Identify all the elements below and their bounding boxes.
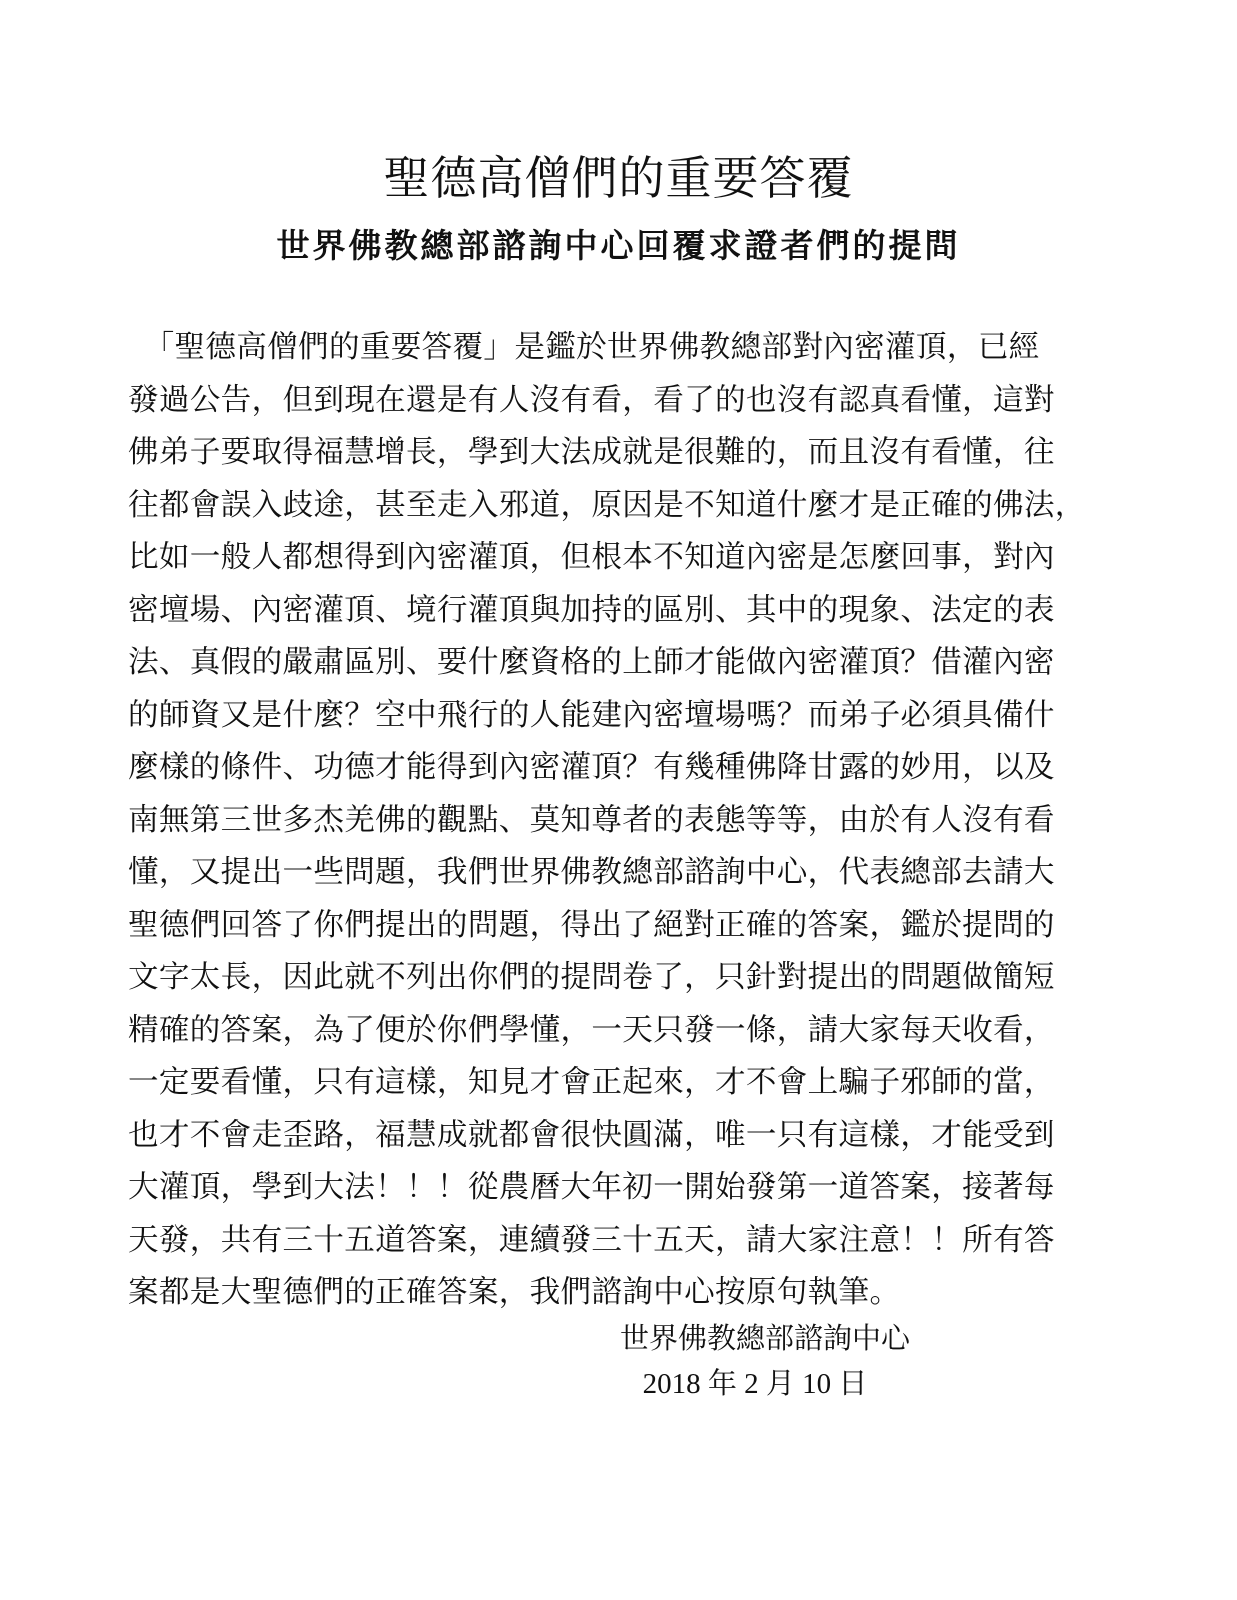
- body-line: 大灌頂，學到大法！！！從農曆大年初一開始發第一道答案，接著每: [128, 1162, 1088, 1215]
- body-line: 懂，又提出一些問題，我們世界佛教總部諮詢中心，代表總部去請大: [128, 847, 1088, 900]
- body-line: 一定要看懂，只有這樣，知見才會正起來，才不會上騙子邪師的當，: [128, 1057, 1088, 1110]
- body-line: 南無第三世多杰羌佛的觀點、莫知尊者的表態等等，由於有人沒有看: [128, 795, 1088, 848]
- body-line: 法、真假的嚴肅區別、要什麼資格的上師才能做內密灌頂？借灌內密: [128, 637, 1088, 690]
- body-line: 往都會誤入歧途，甚至走入邪道，原因是不知道什麼才是正確的佛法，: [128, 480, 1088, 533]
- body-line: 文字太長，因此就不列出你們的提問卷了，只針對提出的問題做簡短: [128, 952, 1088, 1005]
- body-line: 案都是大聖德們的正確答案，我們諮詢中心按原句執筆。: [128, 1267, 1088, 1320]
- document-subtitle: 世界佛教總部諮詢中心回覆求證者們的提問: [0, 222, 1237, 270]
- body-line: 密壇場、內密灌頂、境行灌頂與加持的區別、其中的現象、法定的表: [128, 585, 1088, 638]
- body-line: 的師資又是什麼？空中飛行的人能建內密壇場嗎？而弟子必須具備什: [128, 690, 1088, 743]
- body-line: 精確的答案，為了便於你們學懂，一天只發一條，請大家每天收看，: [128, 1005, 1088, 1058]
- body-line: 聖德們回答了你們提出的問題，得出了絕對正確的答案，鑑於提問的: [128, 900, 1088, 953]
- document-body: 「聖德高僧們的重要答覆」是鑑於世界佛教總部對內密灌頂，已經 發過公告，但到現在還…: [128, 322, 1088, 1320]
- document-title: 聖德高僧們的重要答覆: [0, 148, 1237, 208]
- signature-organization: 世界佛教總部諮詢中心: [600, 1315, 930, 1361]
- body-line: 比如一般人都想得到內密灌頂，但根本不知道內密是怎麼回事，對內: [128, 532, 1088, 585]
- body-line: 天發，共有三十五道答案，連續發三十五天，請大家注意！！所有答: [128, 1215, 1088, 1268]
- body-line: 麼樣的條件、功德才能得到內密灌頂？有幾種佛降甘露的妙用，以及: [128, 742, 1088, 795]
- signature-date: 2018 年 2 月 10 日: [580, 1361, 930, 1407]
- body-line: 佛弟子要取得福慧增長，學到大法成就是很難的，而且沒有看懂，往: [128, 427, 1088, 480]
- body-line: 也才不會走歪路，福慧成就都會很快圓滿，唯一只有這樣，才能受到: [128, 1110, 1088, 1163]
- document-page: 聖德高僧們的重要答覆 世界佛教總部諮詢中心回覆求證者們的提問 「聖德高僧們的重要…: [0, 0, 1237, 1600]
- body-line: 發過公告，但到現在還是有人沒有看，看了的也沒有認真看懂，這對: [128, 375, 1088, 428]
- signature-block: 世界佛教總部諮詢中心 2018 年 2 月 10 日: [600, 1315, 930, 1407]
- body-line: 「聖德高僧們的重要答覆」是鑑於世界佛教總部對內密灌頂，已經: [128, 322, 1088, 375]
